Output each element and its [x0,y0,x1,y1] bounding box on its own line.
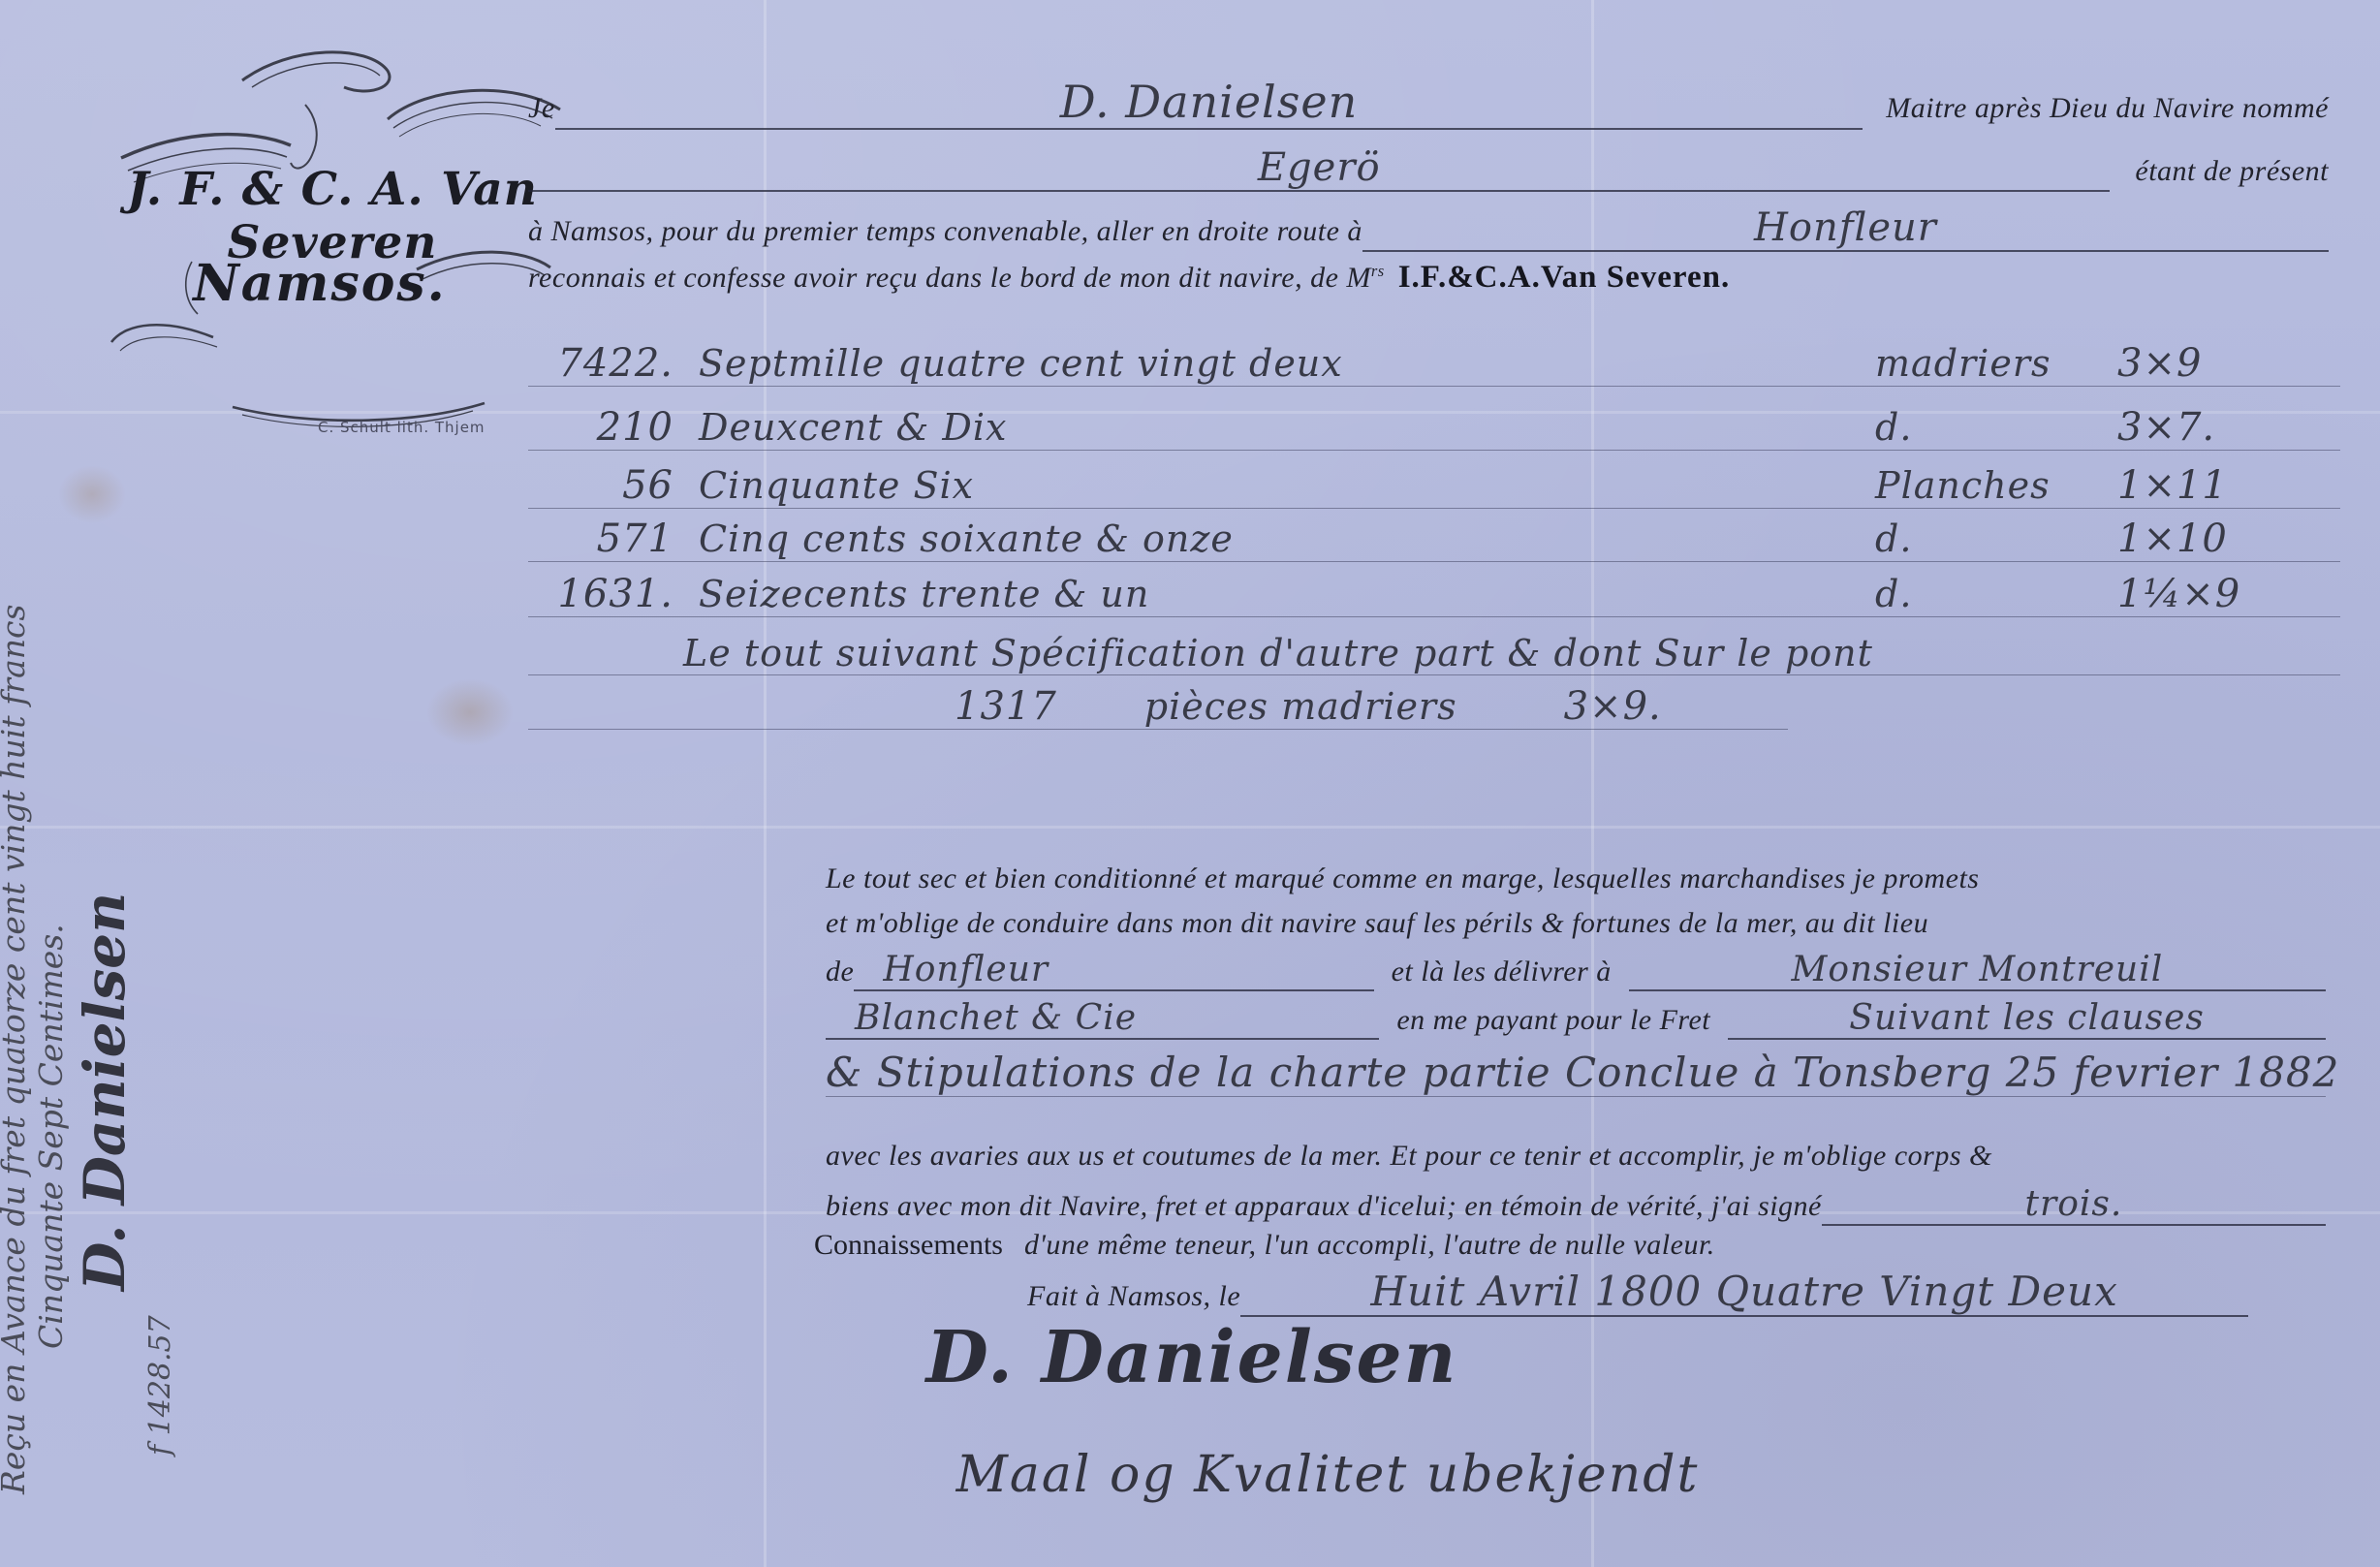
cargo-unit: d. [1875,517,2117,560]
bill-of-lading-document: J. F. & C. A. Van Severen Namsos. C. Sch… [0,0,2380,1567]
ink-stain [426,678,514,746]
body-p2-text: et m'oblige de conduire dans mon dit nav… [826,907,1928,940]
cargo-qty: 571 [528,517,699,561]
deck-qty: 1317 [528,684,1057,729]
footer-fait-a: Fait à Namsos, le [1027,1280,1240,1313]
cargo-desc: Septmille quatre cent vingt deux [699,342,1875,385]
body-paragraph-2: et m'oblige de conduire dans mon dit nav… [826,907,1928,940]
freight-terms1-handwritten: Suivant les clauses [1728,998,2326,1040]
cargo-dimensions: 1¼×9 [2117,572,2340,616]
copies-handwritten: trois. [1822,1184,2326,1226]
cargo-dimensions: 1×10 [2117,517,2340,561]
printed-etant: étant de présent [2110,155,2329,188]
paper-crease [0,826,2380,829]
cargo-unit: d. [1875,406,2117,449]
cargo-deck-row: 1317 pièces madriers 3×9. [528,684,1788,730]
cargo-qty: 210 [528,405,699,450]
printed-delivrer: et là les délivrer à [1374,956,1629,988]
cargo-dimensions: 3×7. [2117,405,2340,450]
header-line-captain: Je D. Danielsen Maitre après Dieu du Nav… [528,76,2329,130]
printed-route: à Namsos, pour du premier temps convenab… [528,215,1362,248]
printed-je: Je [528,92,555,125]
captain-signature: D. Danielsen [853,1316,1531,1399]
cargo-qty: 56 [528,463,699,508]
cargo-qty: 7422. [528,341,699,386]
letterhead-place: Namsos. [145,254,494,313]
captain-name-handwritten: D. Danielsen [555,76,1863,130]
margin-advance-note: Reçu en Avance du fret quatorze cent vin… [0,351,254,1494]
freight-terms2-handwritten: & Stipulations de la charte partie Concl… [826,1049,2339,1096]
cargo-desc: Cinquante Six [699,464,1875,507]
cargo-dimensions: 3×9 [2117,341,2340,386]
cargo-unit: d. [1875,573,2117,615]
destination-handwritten: Honfleur [1362,205,2329,252]
footer-line-3: Connaissements d'une même teneur, l'un a… [814,1229,1715,1262]
cargo-unit: Planches [1875,464,2117,507]
cargo-row: 571 Cinq cents soixante & onze d. 1×10 [528,517,2340,562]
cargo-summary-row: Le tout suivant Spécification d'autre pa… [528,632,2340,675]
consignee-line1-handwritten: Monsieur Montreuil [1629,950,2326,991]
cargo-desc: Seizecents trente & un [699,573,1875,615]
cargo-unit: madriers [1875,342,2117,385]
body-p1-text: Le tout sec et bien conditionné et marqu… [826,862,1979,895]
header-line-receipt: reconnais et confesse avoir reçu dans le… [528,260,2329,296]
footer-line-date: Fait à Namsos, le Huit Avril 1800 Quatre… [1027,1268,2248,1317]
cargo-dimensions: 1×11 [2117,463,2340,508]
printed-reconnais: reconnais et confesse avoir reçu dans le… [528,262,1385,295]
lithographer-credit: C. Schult lith. Thjem [318,419,485,436]
margin-note-line1: Reçu en Avance du fret quatorze cent vin… [0,351,32,1494]
footer-line-1: avec les avaries aux us et coutumes de l… [826,1140,1992,1173]
ship-name-handwritten: Egerö [528,145,2110,192]
cargo-desc: Deuxcent & Dix [699,406,1875,449]
delivery-place-handwritten: Honfleur [854,950,1373,991]
cargo-row: 7422. Septmille quatre cent vingt deux m… [528,341,2340,387]
margin-note-line2: Cinquante Sept Centimes. [32,351,70,1349]
header-line-route: à Namsos, pour du premier temps convenab… [528,205,2329,252]
cargo-summary-text: Le tout suivant Spécification d'autre pa… [528,632,1873,674]
consignee-line2-handwritten: Blanchet & Cie [826,998,1379,1040]
quality-note-handwritten: Maal og Kvalitet ubekjendt [892,1446,1764,1504]
margin-note-signature: D. Danielsen [72,351,138,1291]
cargo-row: 56 Cinquante Six Planches 1×11 [528,463,2340,509]
body-paragraph-1: Le tout sec et bien conditionné et marqu… [826,862,1979,895]
footer-line-2: biens avec mon dit Navire, fret et appar… [826,1184,2326,1226]
cargo-desc: Cinq cents soixante & onze [699,517,1875,560]
margin-note-amount: f 1428.57 [143,351,177,1456]
footer-f3-text: d'une même teneur, l'un accompli, l'autr… [1003,1229,1715,1262]
footer-f2-text: biens avec mon dit Navire, fret et appar… [826,1190,1822,1223]
printed-maitre: Maitre après Dieu du Navire nommé [1863,92,2329,125]
cargo-qty: 1631. [528,572,699,616]
footer-connaissements-label: Connaissements [814,1229,1003,1262]
firm-name-bold: I.F.&C.A.Van Severen. [1385,260,1730,296]
printed-de: de [826,956,854,988]
cargo-row: 210 Deuxcent & Dix d. 3×7. [528,405,2340,451]
cargo-row: 1631. Seizecents trente & un d. 1¼×9 [528,572,2340,617]
body-line-delivery: de Honfleur et là les délivrer à Monsieu… [826,950,2326,991]
footer-f1-text: avec les avaries aux us et coutumes de l… [826,1140,1992,1173]
printed-mrs-sup: rs [1371,262,1385,280]
deck-dimensions: 3×9. [1457,684,1662,729]
body-line-consignee: Blanchet & Cie en me payant pour le Fret… [826,998,2326,1040]
body-line-stipulations: & Stipulations de la charte partie Concl… [826,1049,2326,1097]
printed-payant: en me payant pour le Fret [1379,1004,1728,1037]
printed-reconnais-text: reconnais et confesse avoir reçu dans le… [528,262,1371,294]
date-handwritten: Huit Avril 1800 Quatre Vingt Deux [1240,1268,2248,1317]
deck-desc: pièces madriers [1057,685,1457,728]
header-line-ship: Egerö étant de présent [528,145,2329,192]
